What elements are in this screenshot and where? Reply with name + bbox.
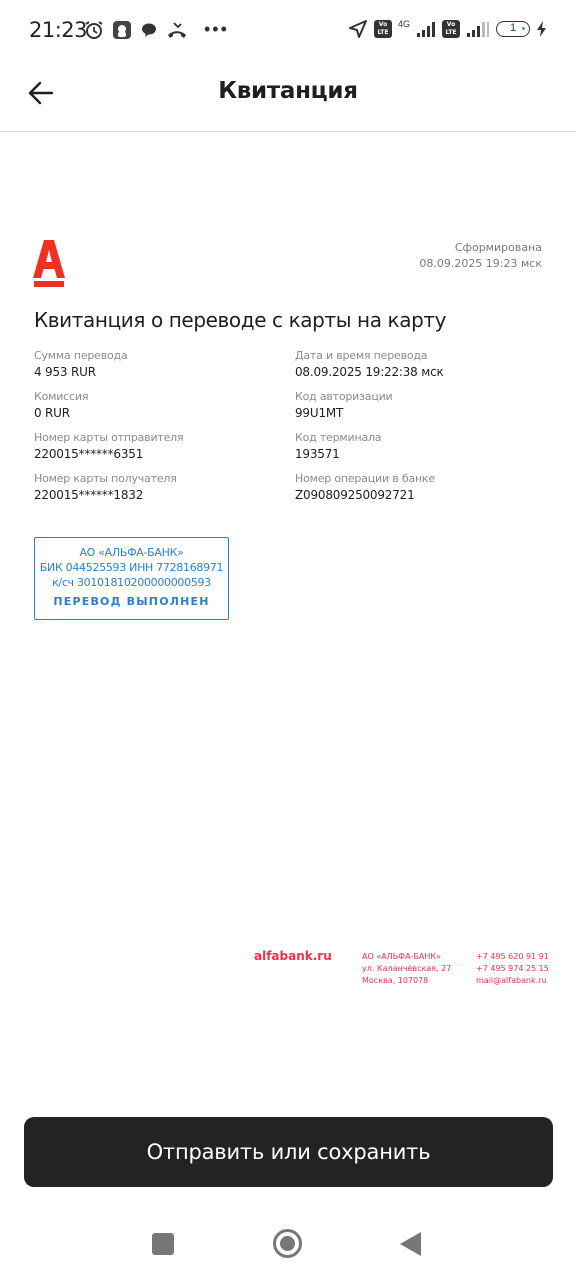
field-auth-code: Код авторизации 99U1MT (295, 389, 544, 422)
volte-icon-2: VoLTE (442, 20, 460, 38)
missed-call-icon (166, 21, 188, 39)
field-value: 0 RUR (34, 404, 295, 422)
status-time: 21:23 (29, 18, 87, 42)
stamp-bik-inn: БИК 044525593 ИНН 7728168971 (35, 560, 228, 575)
receipt-title: Квитанция о переводе с карты на карту (34, 308, 446, 332)
formed-datetime: 08.09.2025 19:23 мск (419, 256, 542, 272)
more-icon: ••• (204, 19, 229, 40)
formed-label: Сформирована (419, 240, 542, 256)
field-label: Номер карты получателя (34, 471, 295, 486)
field-transfer-amount: Сумма перевода 4 953 RUR (34, 348, 295, 381)
field-label: Номер операции в банке (295, 471, 544, 486)
battery-icon: 1 (496, 21, 530, 37)
field-label: Комиссия (34, 389, 295, 404)
location-icon (348, 19, 368, 39)
field-label: Код терминала (295, 430, 544, 445)
recent-apps-icon[interactable] (152, 1233, 174, 1255)
contact-email: mail@alfabank.ru (476, 975, 549, 987)
contact-phone: +7 495 620 91 91 (476, 951, 549, 963)
formed-info: Сформирована 08.09.2025 19:23 мск (419, 240, 542, 272)
stamp-status: ПЕРЕВОД ВЫПОЛНЕН (35, 595, 228, 608)
address-line: АО «АЛЬФА-БАНК» (362, 951, 451, 963)
footer-address: АО «АЛЬФА-БАНК» ул. Каланчёвская, 27 Мос… (362, 951, 451, 987)
notification-icons: ••• (84, 19, 229, 40)
field-value: 193571 (295, 445, 544, 463)
stamp-account: к/сч 30101810200000000593 (35, 575, 228, 590)
field-label: Дата и время перевода (295, 348, 544, 363)
field-operation-number: Номер операции в банке Z090809250092721 (295, 471, 544, 504)
network-type: 4G (398, 19, 410, 29)
footer-contacts: +7 495 620 91 91 +7 495 974 25 15 mail@a… (476, 951, 549, 987)
nav-back-icon[interactable] (400, 1232, 421, 1256)
send-or-save-button[interactable]: Отправить или сохранить (24, 1117, 553, 1187)
alfa-bank-logo-icon (33, 238, 65, 288)
address-line: ул. Каланчёвская, 27 (362, 963, 451, 975)
field-transfer-datetime: Дата и время перевода 08.09.2025 19:22:3… (295, 348, 544, 381)
receipt-fields: Сумма перевода 4 953 RUR Дата и время пе… (34, 348, 544, 504)
bank-stamp: АО «АЛЬФА-БАНК» БИК 044525593 ИНН 772816… (34, 537, 229, 620)
app-notification-icon (112, 20, 132, 40)
field-value: 08.09.2025 19:22:38 мск (295, 363, 544, 381)
charging-icon (536, 20, 548, 38)
page-title: Квитанция (0, 78, 576, 104)
system-icons: VoLTE 4G VoLTE 1 (348, 19, 548, 39)
field-value: 220015******6351 (34, 445, 295, 463)
footer-site-link: alfabank.ru (254, 949, 332, 963)
contact-phone: +7 495 974 25 15 (476, 963, 549, 975)
field-label: Сумма перевода (34, 348, 295, 363)
address-line: Москва, 107078 (362, 975, 451, 987)
chat-icon (140, 21, 158, 39)
app-header: Квитанция (0, 60, 576, 132)
field-commission: Комиссия 0 RUR (34, 389, 295, 422)
field-recipient-card: Номер карты получателя 220015******1832 (34, 471, 295, 504)
field-value: 99U1MT (295, 404, 544, 422)
field-value: 220015******1832 (34, 486, 295, 504)
volte-icon: VoLTE (374, 20, 392, 38)
signal-icon-2 (466, 20, 490, 38)
system-nav-bar (0, 1210, 576, 1280)
field-sender-card: Номер карты отправителя 220015******6351 (34, 430, 295, 463)
alarm-icon (84, 20, 104, 40)
field-value: 4 953 RUR (34, 363, 295, 381)
field-label: Номер карты отправителя (34, 430, 295, 445)
field-label: Код авторизации (295, 389, 544, 404)
field-terminal-code: Код терминала 193571 (295, 430, 544, 463)
status-bar: 21:23 ••• VoLTE 4G VoLTE 1 (0, 0, 576, 60)
field-value: Z090809250092721 (295, 486, 544, 504)
signal-icon (416, 20, 436, 38)
stamp-bank-name: АО «АЛЬФА-БАНК» (35, 545, 228, 560)
home-icon[interactable] (273, 1229, 302, 1258)
